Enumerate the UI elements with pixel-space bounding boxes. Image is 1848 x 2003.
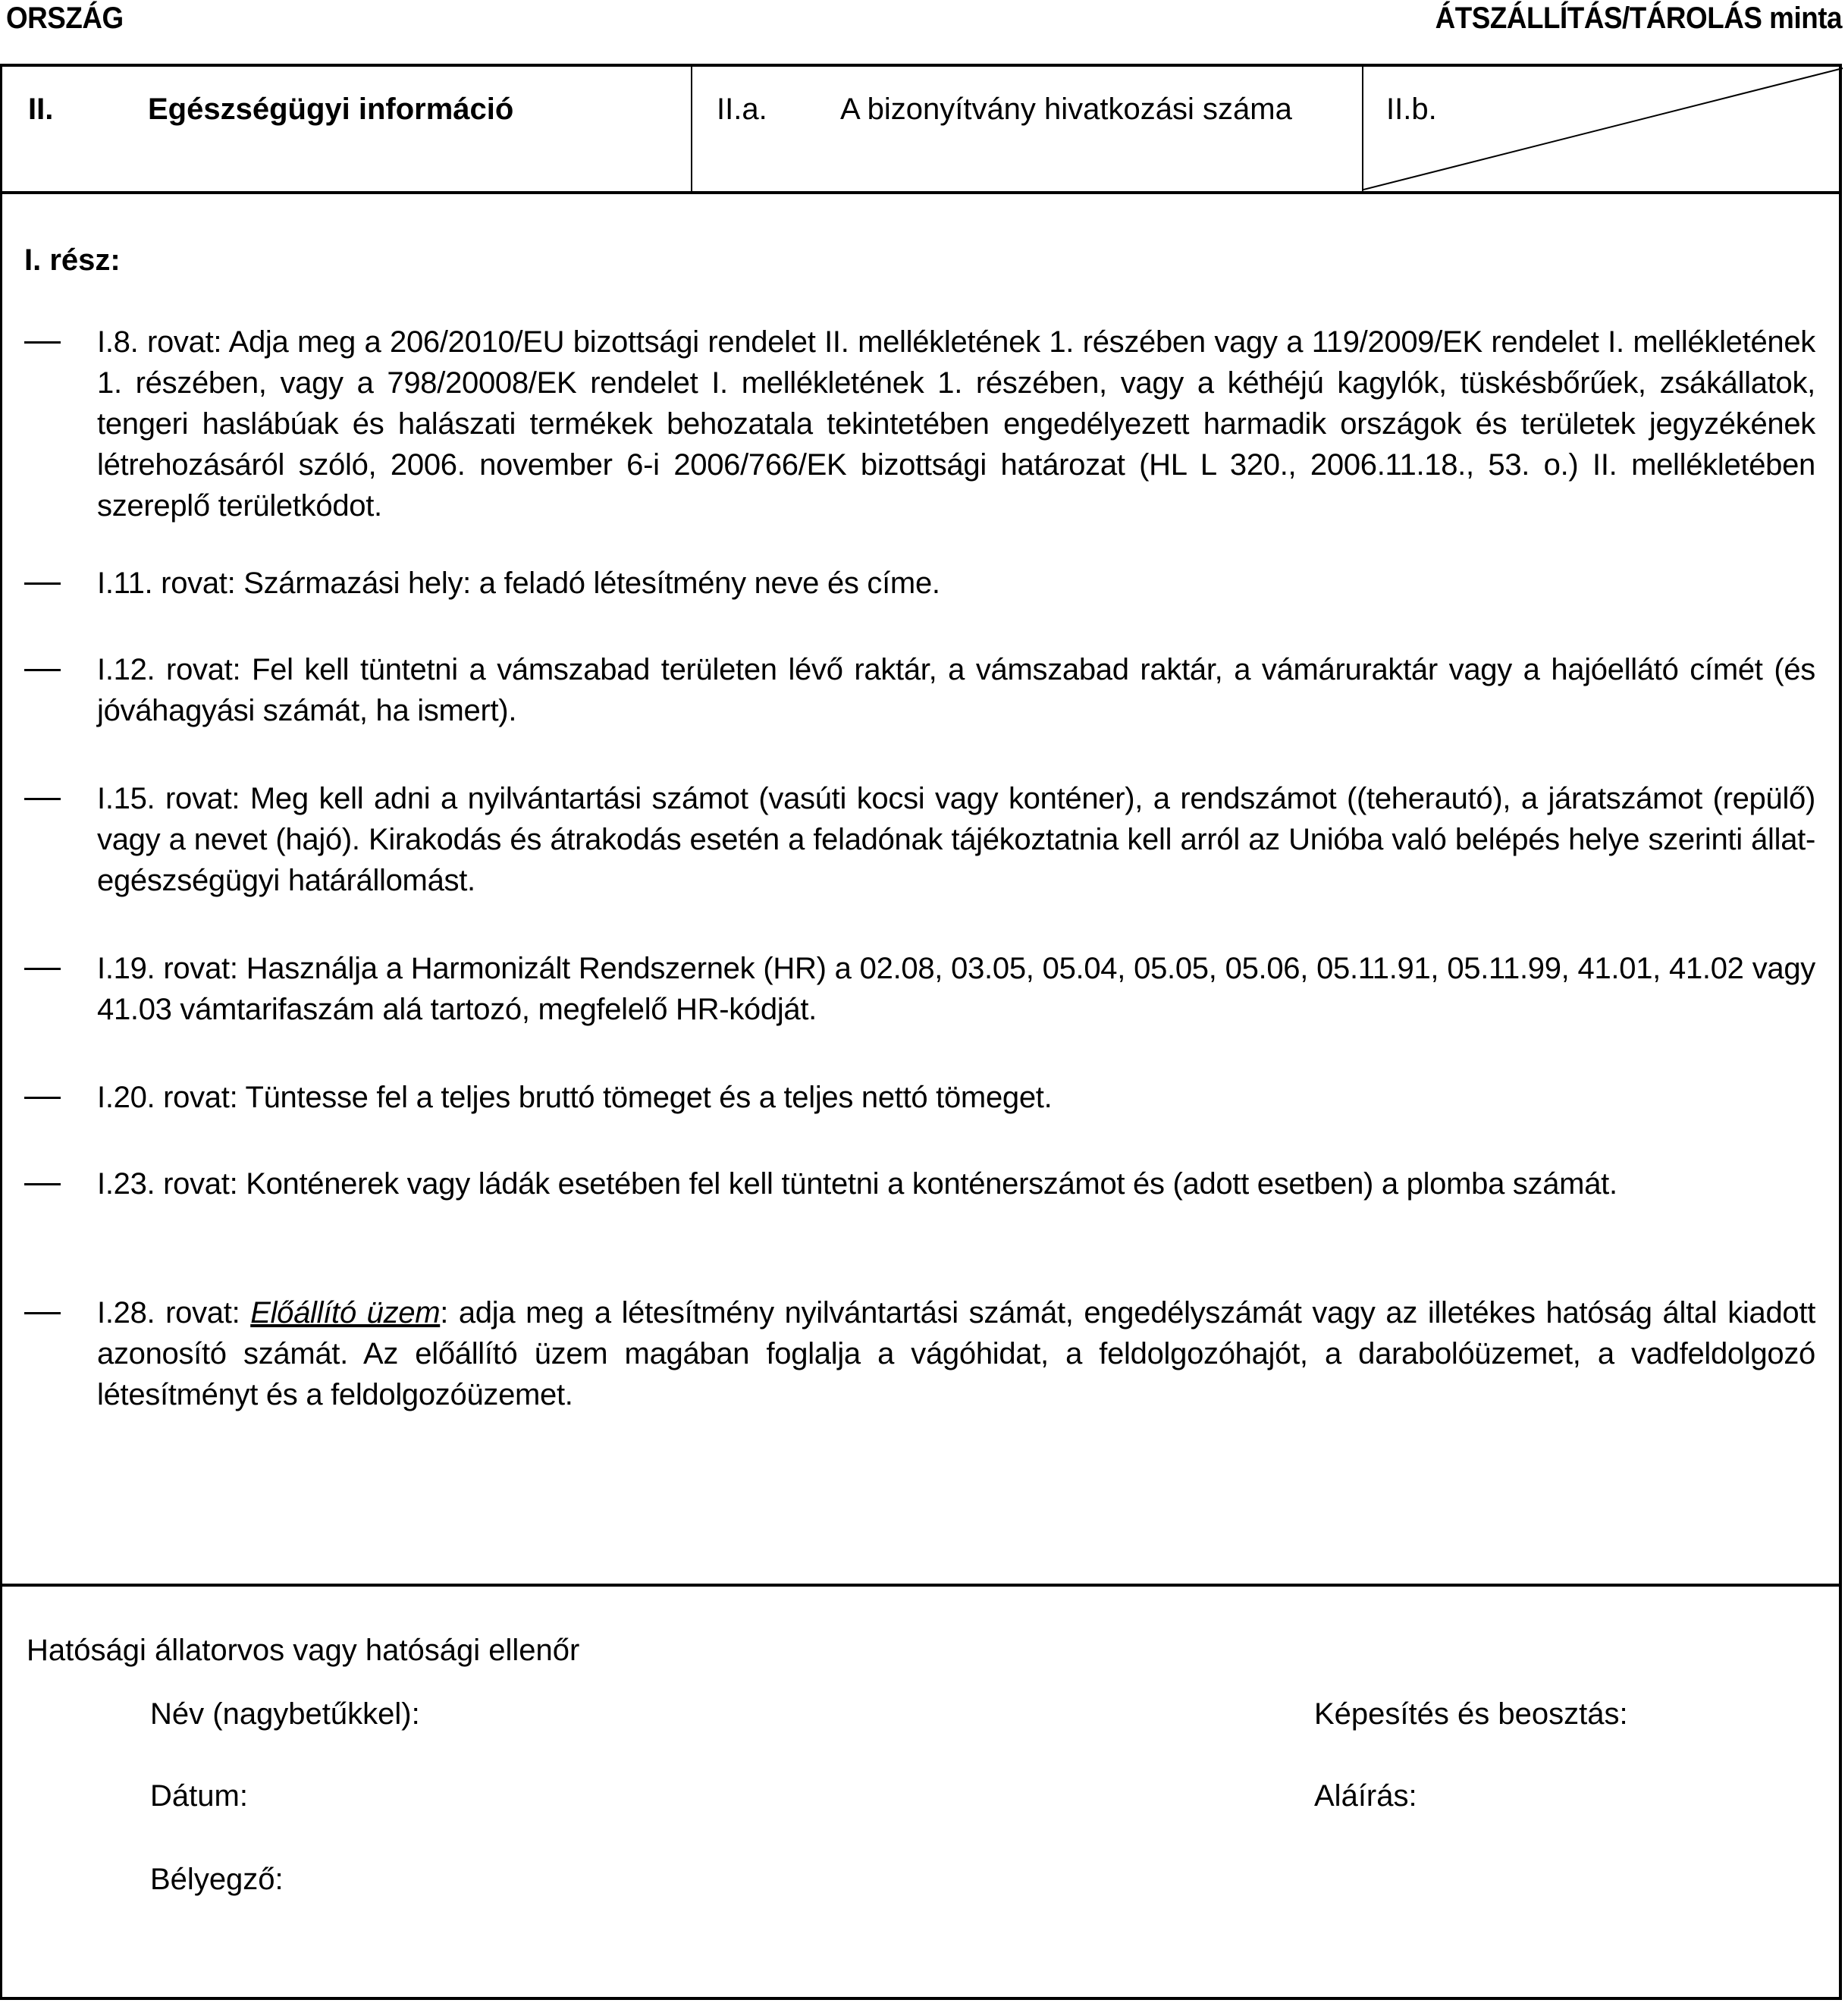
date-field-label[interactable]: Dátum: (150, 1779, 248, 1813)
stamp-field-label[interactable]: Bélyegző: (150, 1863, 284, 1897)
signature-title: Hatósági állatorvos vagy hatósági ellenő… (27, 1634, 579, 1668)
section-heading: I. rész: (24, 243, 121, 278)
item-text: I.28. rovat: Előállító üzem: adja meg a … (97, 1292, 1815, 1415)
notes-section: I. rész: I.8. rovat: Adja meg a 206/2010… (2, 194, 1839, 1587)
item-text: I.12. rovat: Fel kell tüntetni a vámszab… (97, 649, 1815, 731)
item-text: I.8. rovat: Adja meg a 206/2010/EU bizot… (97, 322, 1815, 526)
signature-section: Hatósági állatorvos vagy hatósági ellenő… (2, 1587, 1839, 2000)
em-dash-bullet (24, 968, 61, 970)
em-dash-bullet (24, 669, 61, 671)
item-text: I.19. rovat: Használja a Harmonizált Ren… (97, 948, 1815, 1030)
certificate-frame: II. Egészségügyi információ II.a. A bizo… (0, 64, 1842, 2000)
em-dash-bullet (24, 1097, 61, 1099)
em-dash-bullet (24, 582, 61, 585)
reference-number-label: A bizonyítvány hivatkozási száma (840, 89, 1326, 129)
section-number: II. (28, 89, 53, 129)
item-prefix: I.28. rovat: (97, 1296, 250, 1330)
em-dash-bullet (24, 1183, 61, 1185)
name-field-label[interactable]: Név (nagybetűkkel): (150, 1697, 420, 1731)
model-label: ÁTSZÁLLÍTÁS/TÁROLÁS minta (1435, 2, 1842, 36)
item-emphasis: Előállító üzem (250, 1296, 440, 1330)
item-text: I.23. rovat: Konténerek vagy ládák eseté… (97, 1163, 1815, 1204)
em-dash-bullet (24, 341, 61, 344)
section-title: Egészségügyi információ (148, 89, 513, 129)
item-text: I.15. rovat: Meg kell adni a nyilvántart… (97, 778, 1815, 901)
health-info-cell: II. Egészségügyi információ (2, 67, 692, 191)
em-dash-bullet (24, 798, 61, 800)
diagonal-strike-line (1363, 67, 1844, 191)
crossed-out-cell: II.b. (1363, 67, 1839, 191)
qualification-field-label[interactable]: Képesítés és beosztás: (1314, 1697, 1628, 1731)
reference-number-code: II.a. (717, 89, 767, 129)
em-dash-bullet (24, 1312, 61, 1314)
cell-code: II.b. (1386, 89, 1437, 129)
item-text: I.11. rovat: Származási hely: a feladó l… (97, 563, 1815, 604)
signature-field-label[interactable]: Aláírás: (1314, 1779, 1417, 1813)
certificate-header-row: II. Egészségügyi információ II.a. A bizo… (2, 67, 1839, 194)
reference-number-cell[interactable]: II.a. A bizonyítvány hivatkozási száma (692, 67, 1363, 191)
item-text: I.20. rovat: Tüntesse fel a teljes brutt… (97, 1077, 1815, 1118)
country-label: ORSZÁG (6, 2, 124, 36)
